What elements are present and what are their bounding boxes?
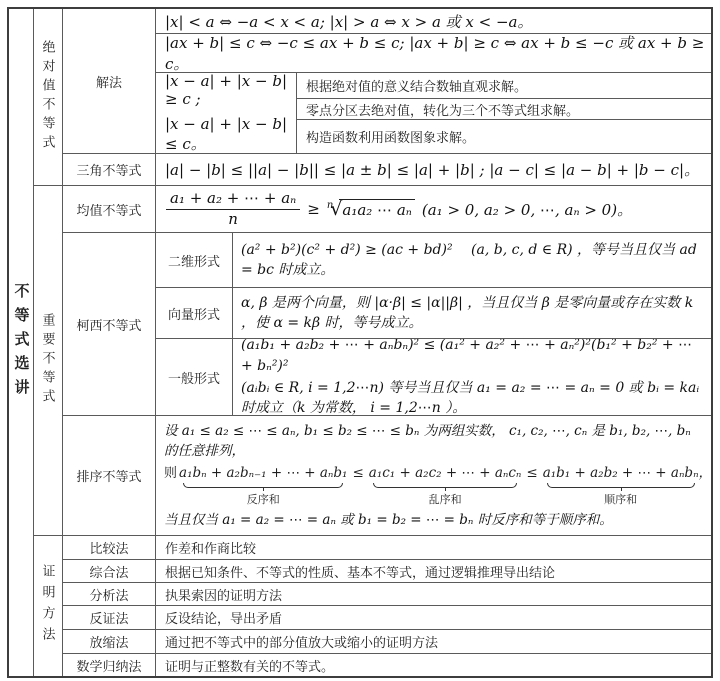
cauchy-general-body: (a₁b₁ + a₂b₂ + ⋯ + aₙbₙ)² ≤ (a₁² + a₂² +… [233, 339, 711, 415]
cauchy-label-cell: 柯西不等式 [63, 233, 156, 416]
sort-chain: 则 a₁bₙ + a₂bₙ₋₁ + ⋯ + aₙb₁ 反序和 ≤ a₁c₁ + … [164, 464, 703, 507]
triangle-label: 三角不等式 [76, 160, 141, 179]
abs-sum-formula-ge: |x − a| + |x − b| ≥ c ; [165, 73, 296, 108]
cauchy-label: 柯西不等式 [76, 315, 141, 334]
method-name-cell: 综合法 [63, 560, 156, 583]
mean-numerator: a₁ + a₂ + ⋯ + aₙ [166, 190, 300, 209]
abs-sum-formulas: |x − a| + |x − b| ≥ c ; |x − a| + |x − b… [156, 73, 297, 153]
cauchy-vector-cell: 向量形式 α, β 是两个向量，则 |α·β| ≤ |α||β| ，当且仅当 β… [156, 288, 711, 339]
underbrace [547, 483, 695, 488]
section-important-label: 重要不等式 [39, 313, 58, 408]
cauchy-vector-body: α, β 是两个向量，则 |α·β| ≤ |α||β| ，当且仅当 β 是零向量… [233, 288, 711, 338]
solve-method-label: 解法 [96, 72, 122, 91]
le-sign: ≤ [526, 464, 537, 482]
abs-sum-formula-le: |x − a| + |x − b| ≤ c。 [165, 115, 296, 154]
cauchy-2d-text: (a² + b²)(c² + d²) ≥ (ac + bd)² (a, b, c… [241, 240, 703, 281]
method-desc-cell: 证明与正整数有关的不等式。 [156, 654, 711, 676]
method-name-cell: 数学归纳法 [63, 654, 156, 676]
sort-label-cell: 排序不等式 [63, 416, 156, 536]
method-name-cell: 比较法 [63, 536, 156, 560]
method-name: 放缩法 [89, 632, 128, 651]
method-desc-cell: 执果索因的证明方法 [156, 583, 711, 606]
mean-condition: (a₁ > 0, a₂ > 0, ⋯, aₙ > 0)。 [422, 199, 632, 220]
mean-label: 均值不等式 [76, 200, 141, 219]
triangle-formula-cell: |a| − |b| ≤ ||a| − |b|| ≤ |a ± b| ≤ |a| … [156, 154, 711, 186]
sort-ordered-formula: a₁b₁ + a₂b₂ + ⋯ + aₙbₙ [543, 464, 699, 482]
mean-fraction: a₁ + a₂ + ⋯ + aₙ n [166, 190, 300, 228]
method-name: 反证法 [89, 608, 128, 627]
method-desc: 作差和作商比较 [165, 538, 256, 557]
sort-reverse-sum: a₁bₙ + a₂bₙ₋₁ + ⋯ + aₙb₁ 反序和 [179, 464, 347, 507]
method-desc: 证明与正整数有关的不等式。 [165, 656, 334, 675]
section-proof-cell: 证明方法 [34, 536, 63, 676]
mean-denominator: n [228, 210, 238, 228]
cauchy-vector-row: 向量形式 α, β 是两个向量，则 |α·β| ≤ |α||β| ，当且仅当 β… [156, 288, 711, 338]
method-desc: 通过把不等式中的部分值放大或缩小的证明方法 [165, 632, 438, 651]
cauchy-general-condition: (aᵢbᵢ ∈ R, i = 1,2⋯n) 等号当且仅当 a₁ = a₂ = ⋯… [241, 378, 703, 416]
mean-root-index: n [327, 200, 333, 211]
solve-note-2: 零点分区去绝对值，转化为三个不等式组求解。 [306, 100, 579, 119]
cauchy-general-formula: (a₁b₁ + a₂b₂ + ⋯ + aₙbₙ)² ≤ (a₁² + a₂² +… [241, 339, 703, 376]
mean-radical-group: n√a₁a₂ ⋯ aₙ [327, 198, 415, 220]
cauchy-general-row: 一般形式 (a₁b₁ + a₂b₂ + ⋯ + aₙbₙ)² ≤ (a₁² + … [156, 339, 711, 415]
sort-content: 设 a₁ ≤ a₂ ≤ ⋯ ≤ aₙ, b₁ ≤ b₂ ≤ ⋯ ≤ bₙ 为两组… [156, 416, 711, 535]
method-name: 综合法 [89, 562, 128, 581]
cauchy-vector-name: 向量形式 [156, 288, 233, 338]
abs-sum-formula-cell: |x − a| + |x − b| ≥ c ; |x − a| + |x − b… [156, 73, 711, 154]
method-name-cell: 分析法 [63, 583, 156, 606]
section-proof-label: 证明方法 [39, 564, 58, 648]
sort-random-formula: a₁c₁ + a₂c₂ + ⋯ + aₙcₙ [369, 464, 522, 482]
sort-random-sum: a₁c₁ + a₂c₂ + ⋯ + aₙcₙ 乱序和 [369, 464, 522, 507]
underbrace [183, 483, 343, 488]
sort-reverse-label: 反序和 [247, 491, 280, 507]
sort-label: 排序不等式 [76, 466, 141, 485]
method-desc-cell: 反设结论，导出矛盾 [156, 606, 711, 630]
triangle-label-cell: 三角不等式 [63, 154, 156, 186]
solve-note-row: 根据绝对值的意义结合数轴直观求解。 [297, 73, 711, 99]
sort-trailing-comma: ， [699, 464, 711, 482]
mean-relation: ≥ [307, 200, 320, 218]
cauchy-2d-name: 二维形式 [156, 233, 233, 287]
method-desc: 反设结论，导出矛盾 [165, 608, 282, 627]
section-important-cell: 重要不等式 [34, 186, 63, 536]
method-desc-cell: 根据已知条件、不等式的性质、基本不等式，通过逻辑推理导出结论 [156, 560, 711, 583]
sort-content-cell: 设 a₁ ≤ a₂ ≤ ⋯ ≤ aₙ, b₁ ≤ b₂ ≤ ⋯ ≤ bₙ 为两组… [156, 416, 711, 536]
abs-linear-formula: |ax + b| ≤ c ⇔ −c ≤ ax + b ≤ c; |ax + b|… [165, 34, 711, 73]
section-absolute-value-cell: 绝对值不等式 [34, 9, 63, 186]
method-name-cell: 放缩法 [63, 630, 156, 654]
triangle-formula: |a| − |b| ≤ ||a| − |b|| ≤ |a ± b| ≤ |a| … [165, 159, 699, 180]
method-name: 分析法 [89, 585, 128, 604]
sort-reverse-formula: a₁bₙ + a₂bₙ₋₁ + ⋯ + aₙb₁ [179, 464, 347, 482]
mean-formula: a₁ + a₂ + ⋯ + aₙ n ≥ n√a₁a₂ ⋯ aₙ (a₁ > 0… [156, 190, 711, 228]
root-title-cell: 不等式选讲 [9, 9, 34, 676]
section-absolute-value-label: 绝对值不等式 [39, 40, 58, 154]
method-name-cell: 反证法 [63, 606, 156, 630]
method-name: 比较法 [89, 538, 128, 557]
root-title: 不等式选讲 [11, 283, 32, 403]
inequality-knowledge-table: 不等式选讲 绝对值不等式 解法 |x| < a ⇔ −a < x < a; |x… [7, 7, 713, 678]
sort-setup: 设 a₁ ≤ a₂ ≤ ⋯ ≤ aₙ, b₁ ≤ b₂ ≤ ⋯ ≤ bₙ 为两组… [164, 421, 703, 462]
abs-basic-formula: |x| < a ⇔ −a < x < a; |x| > a ⇔ x > a 或 … [165, 11, 533, 32]
mean-label-cell: 均值不等式 [63, 186, 156, 233]
solve-note-1: 根据绝对值的意义结合数轴直观求解。 [306, 76, 527, 95]
abs-linear-formula-cell: |ax + b| ≤ c ⇔ −c ≤ ax + b ≤ c; |ax + b|… [156, 34, 711, 73]
cauchy-2d-cell: 二维形式 (a² + b²)(c² + d²) ≥ (ac + bd)² (a,… [156, 233, 711, 288]
sort-random-label: 乱序和 [429, 491, 462, 507]
page: 不等式选讲 绝对值不等式 解法 |x| < a ⇔ −a < x < a; |x… [0, 0, 720, 681]
cauchy-2d-row: 二维形式 (a² + b²)(c² + d²) ≥ (ac + bd)² (a,… [156, 233, 711, 287]
solve-method-cell: 解法 [63, 9, 156, 154]
method-desc-cell: 通过把不等式中的部分值放大或缩小的证明方法 [156, 630, 711, 654]
method-desc: 执果索因的证明方法 [165, 585, 282, 604]
sort-then: 则 [164, 464, 177, 482]
cauchy-2d-body: (a² + b²)(c² + d²) ≥ (ac + bd)² (a, b, c… [233, 233, 711, 287]
mean-formula-cell: a₁ + a₂ + ⋯ + aₙ n ≥ n√a₁a₂ ⋯ aₙ (a₁ > 0… [156, 186, 711, 233]
solve-note-row: 零点分区去绝对值，转化为三个不等式组求解。 [297, 99, 711, 120]
mean-radicand: a₁a₂ ⋯ aₙ [339, 199, 414, 219]
cauchy-general-cell: 一般形式 (a₁b₁ + a₂b₂ + ⋯ + aₙbₙ)² ≤ (a₁² + … [156, 339, 711, 416]
sort-ordered-sum: a₁b₁ + a₂b₂ + ⋯ + aₙbₙ 顺序和 [543, 464, 699, 507]
solve-note-3: 构造函数利用函数图象求解。 [306, 127, 475, 146]
solve-note-row: 构造函数利用函数图象求解。 [297, 120, 711, 153]
solve-notes: 根据绝对值的意义结合数轴直观求解。 零点分区去绝对值，转化为三个不等式组求解。 … [297, 73, 711, 153]
method-name: 数学归纳法 [76, 656, 141, 675]
sort-equality-note: 当且仅当 a₁ = a₂ = ⋯ = aₙ 或 b₁ = b₂ = ⋯ = bₙ… [164, 510, 703, 530]
solve-split-row: |x − a| + |x − b| ≥ c ; |x − a| + |x − b… [156, 73, 711, 153]
cauchy-vector-text: α, β 是两个向量，则 |α·β| ≤ |α||β| ，当且仅当 β 是零向量… [241, 293, 703, 334]
cauchy-general-name: 一般形式 [156, 339, 233, 415]
abs-basic-formula-cell: |x| < a ⇔ −a < x < a; |x| > a ⇔ x > a 或 … [156, 9, 711, 34]
underbrace [373, 483, 518, 488]
method-desc-cell: 作差和作商比较 [156, 536, 711, 560]
method-desc: 根据已知条件、不等式的性质、基本不等式，通过逻辑推理导出结论 [165, 562, 555, 581]
le-sign: ≤ [352, 464, 363, 482]
sort-ordered-label: 顺序和 [604, 491, 637, 507]
